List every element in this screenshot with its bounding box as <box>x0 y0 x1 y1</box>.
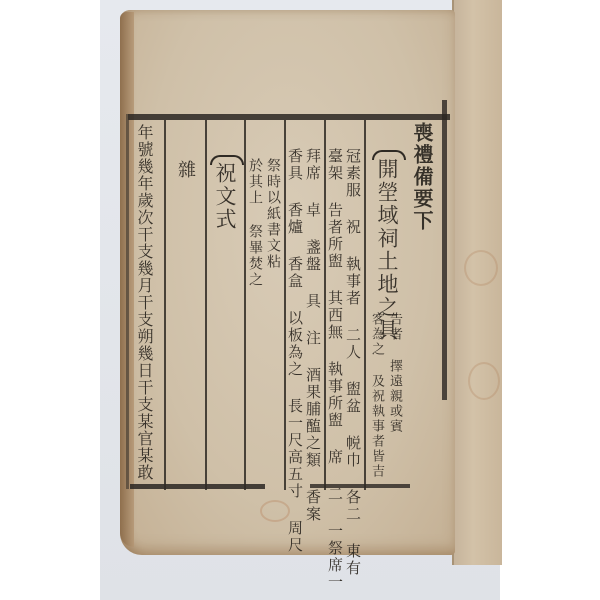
text-line: 告者 擇遠親或賓 <box>388 312 401 434</box>
text-line: 冠素服 祝 執事者 二人 盥盆 帨巾 各二 東有 <box>345 148 360 577</box>
water-stain <box>464 250 498 286</box>
text-line: 香具 香爐 香盒 以板為之 長一尺高五寸 周尺 <box>287 148 302 554</box>
text-line: 拜席 卓 盞盤 具 注 酒果脯醢之類 香案 <box>305 148 320 523</box>
frame-right-border <box>442 100 447 400</box>
frame-top-border <box>128 114 450 120</box>
text-line: 客為之 及祝執事者皆吉 <box>370 312 383 479</box>
column-rule <box>205 120 207 490</box>
water-stain <box>468 362 500 400</box>
frame-left-border <box>126 114 129 489</box>
text-line: 臺架 告者所盥 其西無 執事所盥 席 二 一祭席一 <box>327 148 342 591</box>
text-line: 年號幾年歲次干支幾月干支朔幾日干支某官某敢 <box>136 124 152 481</box>
column-rule <box>244 120 246 490</box>
section-heading: 雜 <box>176 160 194 180</box>
section-heading: 祝文式 <box>214 162 235 231</box>
book-title: 喪禮備要下 <box>412 122 432 232</box>
column-rule <box>364 120 366 490</box>
text-line: 於其上 祭畢焚之 <box>248 158 262 288</box>
column-rule <box>164 120 166 490</box>
text-line: 祭時以紙書文粘 <box>266 158 280 270</box>
